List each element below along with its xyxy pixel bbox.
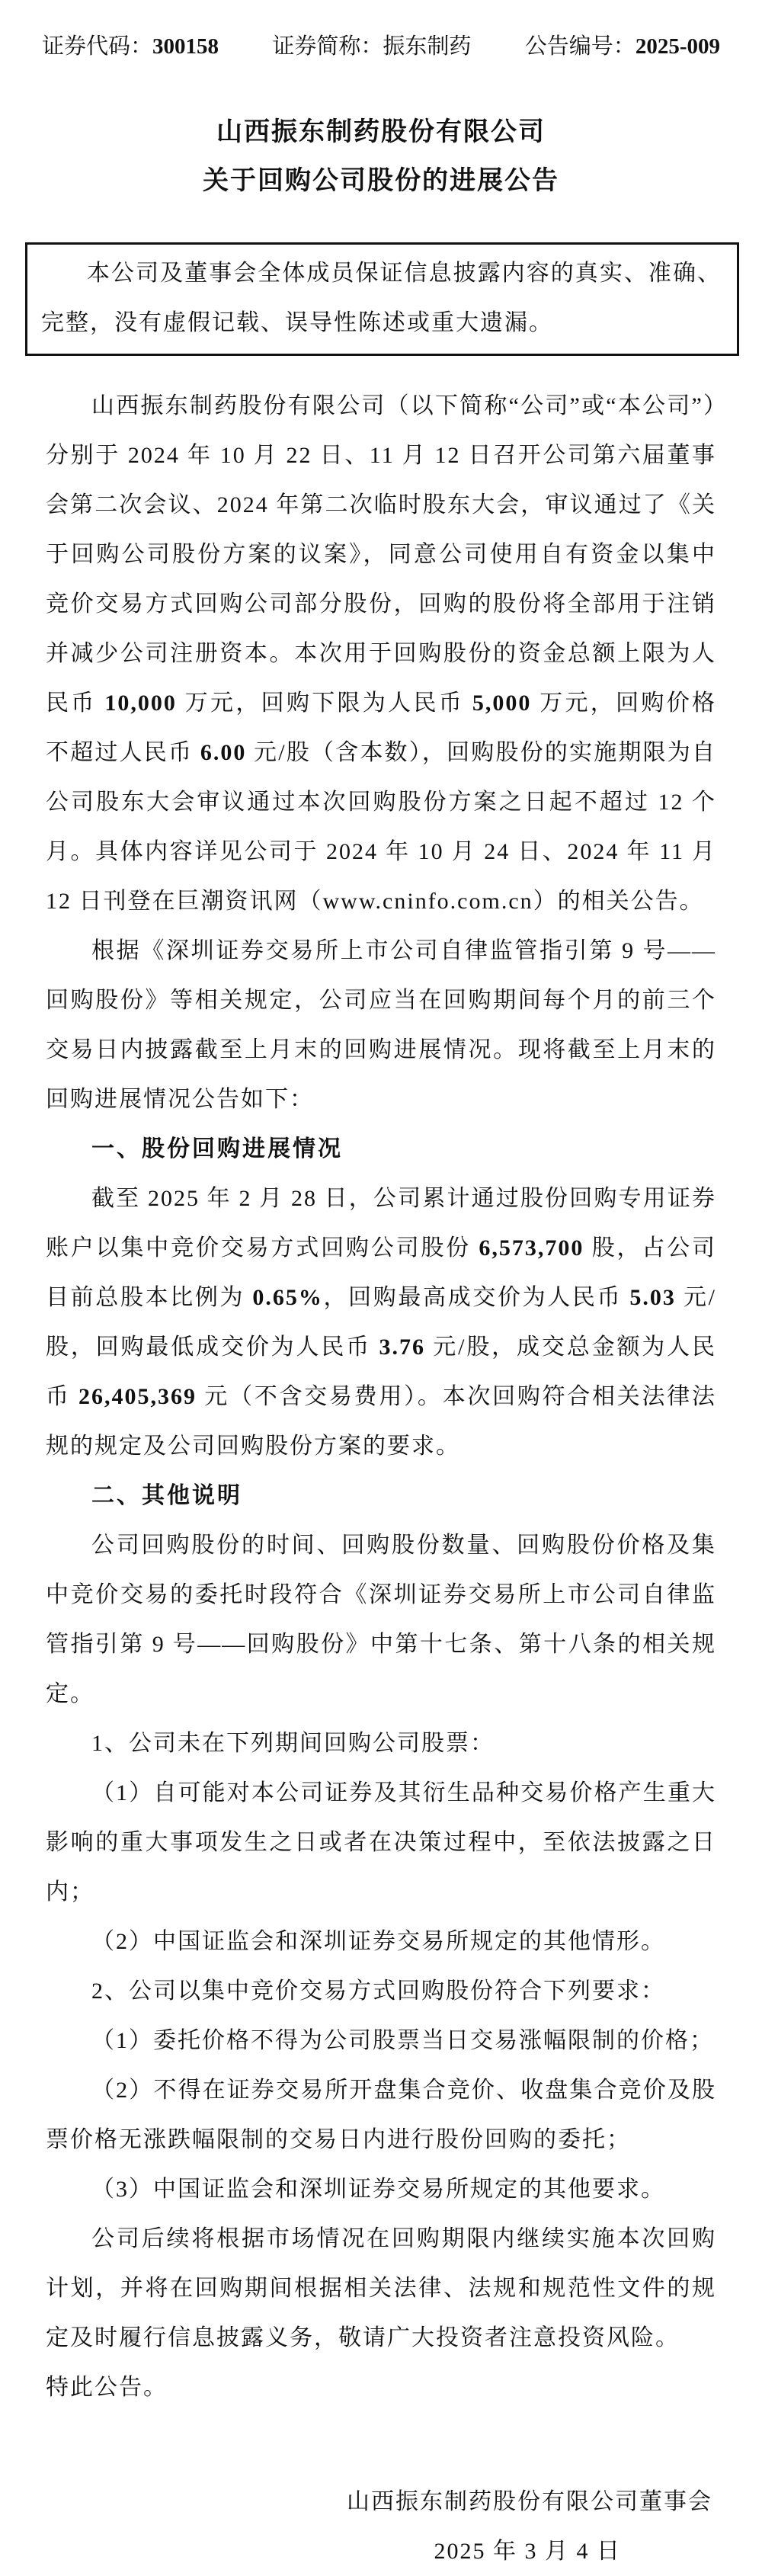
text-run: 根据《深圳证券交易所上市公司自律监管指引第 9 号——回购股份》等相关规定，公司… — [46, 938, 716, 1112]
text-run: 一、股份回购进展情况 — [91, 1136, 343, 1161]
text-run: （1）委托价格不得为公司股票当日交易涨幅限制的价格； — [91, 2028, 714, 2053]
paragraph: 1、公司未在下列期间回购公司股票： — [46, 1719, 716, 1768]
text-run: 特此公告。 — [46, 2375, 168, 2400]
highlighted-figure: 6.00 — [200, 740, 247, 765]
highlighted-figure: 10,000 — [104, 690, 177, 716]
text-run: 公司回购股份的时间、回购股份数量、回购股份价格及集中竞价交易的委托时段符合《深圳… — [46, 1533, 716, 1706]
text-run: 公司后续将根据市场情况在回购期限内继续实施本次回购计划，并将在回购期间根据相关法… — [46, 2226, 716, 2350]
highlighted-figure: 5.03 — [629, 1285, 676, 1310]
section-heading: 一、股份回购进展情况 — [46, 1124, 716, 1174]
stock-name-value: 振东制药 — [383, 34, 471, 59]
text-run: 山西振东制药股份有限公司（以下简称“公司”或“本公司”）分别于 2024 年 1… — [46, 393, 716, 716]
text-run: 1、公司未在下列期间回购公司股票： — [91, 1731, 495, 1756]
signature-block: 山西振东制药股份有限公司董事会 2025 年 3 月 4 日 — [0, 2477, 712, 2576]
paragraph: 根据《深圳证券交易所上市公司自律监管指引第 9 号——回购股份》等相关规定，公司… — [46, 926, 716, 1124]
header-stock-name: 证券简称：振东制药 — [272, 34, 471, 59]
paragraph: （1）自可能对本公司证券及其衍生品种交易价格产生重大影响的重大事项发生之日或者在… — [46, 1768, 716, 1917]
paragraph: （3）中国证监会和深圳证券交易所规定的其他要求。 — [46, 2164, 716, 2214]
highlighted-figure: 6,573,700 — [479, 1235, 584, 1261]
page-title-subject: 关于回购公司股份的进展公告 — [0, 166, 762, 197]
paragraph: （2）不得在证券交易所开盘集合竞价、收盘集合竞价及股票价格无涨跌幅限制的交易日内… — [46, 2065, 716, 2164]
announcement-document: 证券代码：300158 证券简称：振东制药 公告编号：2025-009 山西振东… — [0, 34, 762, 2576]
text-run: 元/股（含本数），回购股份的实施期限为自公司股东大会审议通过本次回购股份方案之日… — [46, 740, 716, 914]
text-run: 二、其他说明 — [91, 1483, 242, 1508]
signature-company: 山西振东制药股份有限公司董事会 — [0, 2477, 712, 2526]
text-run: ，回购最高成交价为人民币 — [323, 1285, 630, 1310]
text-run: 2、公司以集中竞价交易方式回购股份符合下列要求： — [91, 1978, 665, 2004]
paragraph: 山西振东制药股份有限公司（以下简称“公司”或“本公司”）分别于 2024 年 1… — [46, 381, 716, 926]
stock-name-label: 证券简称： — [272, 34, 383, 59]
stock-code-label: 证券代码： — [42, 34, 152, 59]
text-run: 万元，回购下限为人民币 — [177, 690, 472, 716]
paragraph: 公司回购股份的时间、回购股份数量、回购股份价格及集中竞价交易的委托时段符合《深圳… — [46, 1520, 716, 1719]
paragraph: 公司后续将根据市场情况在回购期限内继续实施本次回购计划，并将在回购期间根据相关法… — [46, 2214, 716, 2363]
paragraph: 特此公告。 — [46, 2363, 716, 2412]
section-heading: 二、其他说明 — [46, 1471, 716, 1520]
highlighted-figure: 0.65% — [252, 1285, 323, 1310]
disclaimer-box: 本公司及董事会全体成员保证信息披露内容的真实、准确、完整，没有虚假记载、误导性陈… — [25, 242, 739, 356]
page-title-company: 山西振东制药股份有限公司 — [0, 117, 762, 148]
highlighted-figure: 5,000 — [472, 690, 532, 716]
paragraph: （1）委托价格不得为公司股票当日交易涨幅限制的价格； — [46, 2016, 716, 2065]
header-stock-code: 证券代码：300158 — [42, 34, 219, 59]
highlighted-figure: 26,405,369 — [78, 1384, 197, 1409]
announcement-no-label: 公告编号： — [525, 34, 636, 59]
paragraph: （2）中国证监会和深圳证券交易所规定的其他情形。 — [46, 1917, 716, 1966]
signature-date: 2025 年 3 月 4 日 — [0, 2526, 621, 2576]
text-run: （1）自可能对本公司证券及其衍生品种交易价格产生重大影响的重大事项发生之日或者在… — [46, 1780, 716, 1905]
text-run: （2）不得在证券交易所开盘集合竞价、收盘集合竞价及股票价格无涨跌幅限制的交易日内… — [46, 2078, 716, 2152]
paragraph: 2、公司以集中竞价交易方式回购股份符合下列要求： — [46, 1966, 716, 2016]
securities-info-bar: 证券代码：300158 证券简称：振东制药 公告编号：2025-009 — [42, 34, 720, 59]
stock-code-value: 300158 — [152, 34, 219, 59]
announcement-no-value: 2025-009 — [636, 34, 720, 59]
header-announcement-no: 公告编号：2025-009 — [525, 34, 720, 59]
highlighted-figure: 3.76 — [379, 1334, 425, 1360]
document-body: 山西振东制药股份有限公司（以下简称“公司”或“本公司”）分别于 2024 年 1… — [46, 381, 716, 2412]
text-run: （2）中国证监会和深圳证券交易所规定的其他情形。 — [91, 1929, 665, 1954]
paragraph: 截至 2025 年 2 月 28 日，公司累计通过股份回购专用证券账户以集中竞价… — [46, 1174, 716, 1471]
text-run: （3）中国证监会和深圳证券交易所规定的其他要求。 — [91, 2177, 665, 2202]
